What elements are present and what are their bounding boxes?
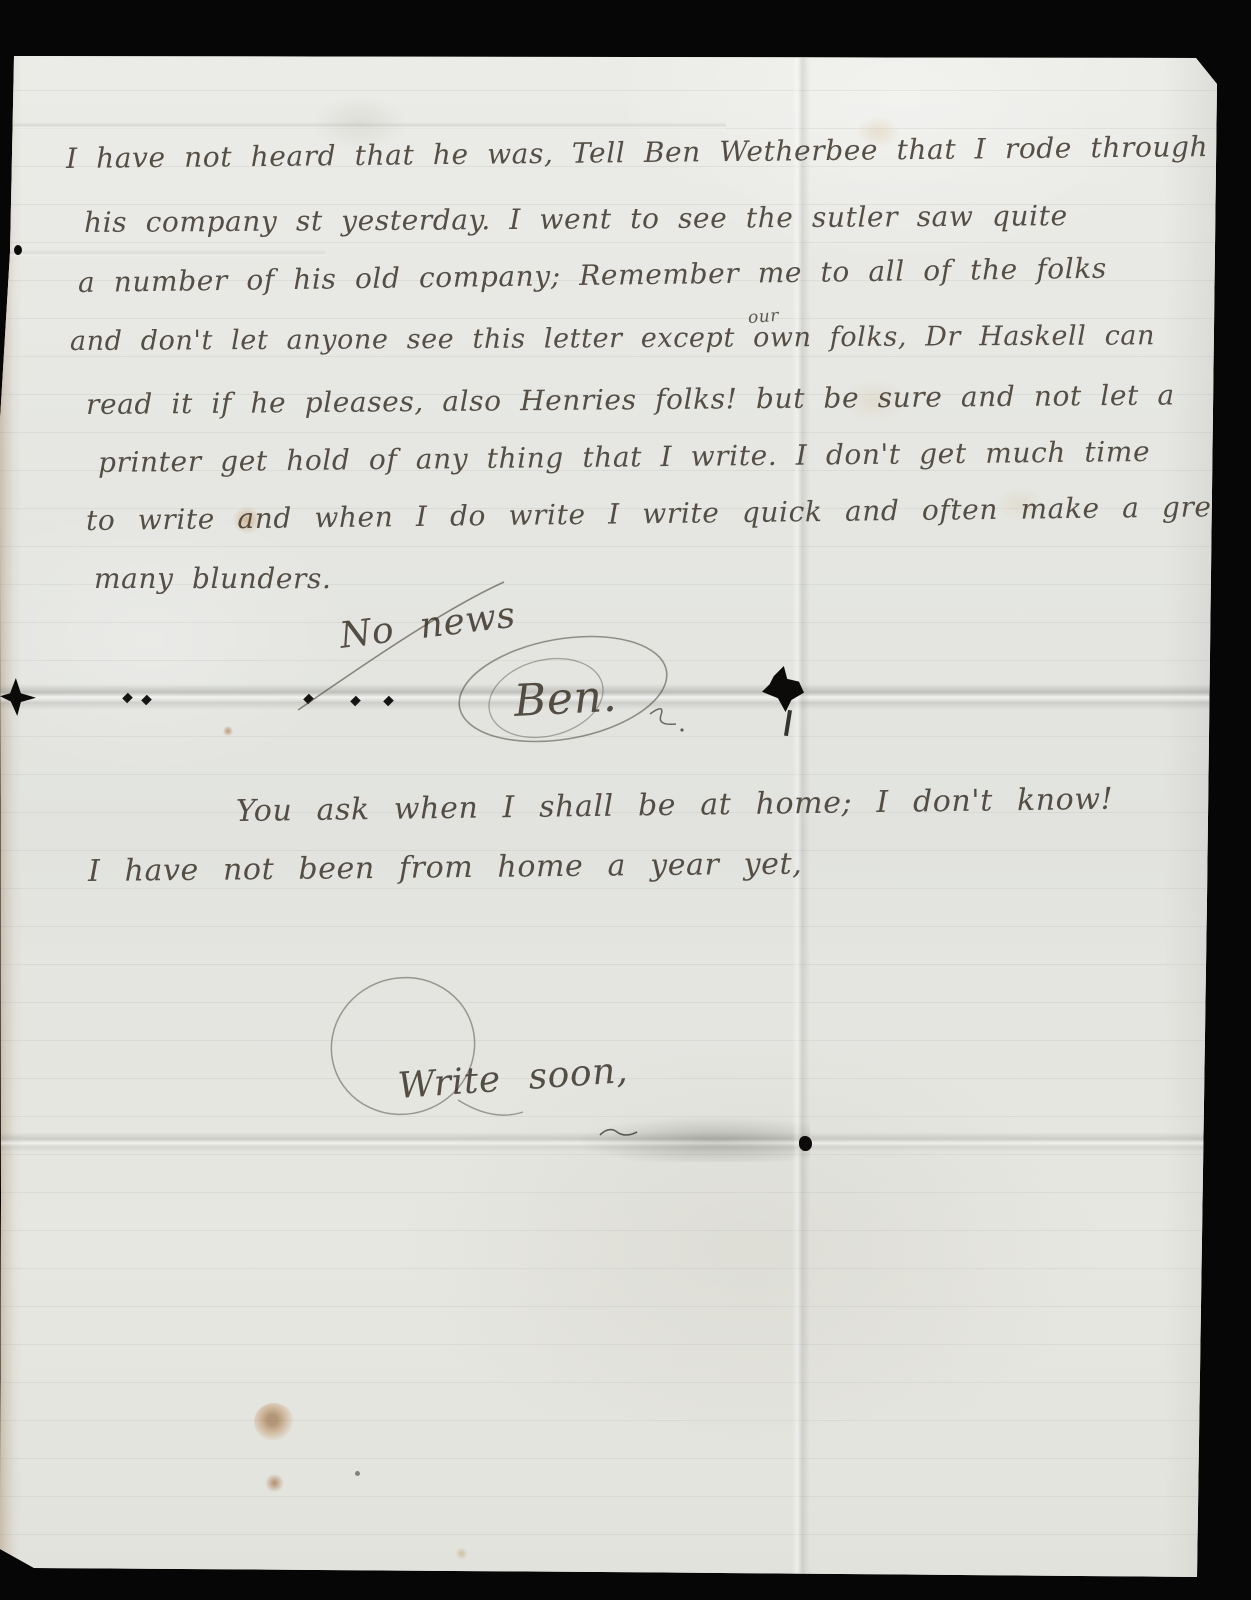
postscript-line-2: I have not been from home a year yet, <box>88 847 803 889</box>
scanned-letter: I have not heard that he was, Tell Ben W… <box>0 0 1251 1600</box>
paper-hole <box>14 245 22 255</box>
interline-insertion: our <box>747 306 779 328</box>
paper-hole <box>799 1136 812 1151</box>
ink-mark <box>598 1120 652 1146</box>
ink-mark <box>646 706 690 738</box>
handwriting-line-8: many blunders. <box>94 562 332 595</box>
handwriting-line-2: his company st yesterday. I went to see … <box>84 199 1068 239</box>
farewell-flourish <box>318 972 528 1132</box>
signature: Ben. <box>513 671 619 727</box>
handwriting-line-4: and don't let anyone see this letter exc… <box>70 320 1155 357</box>
ruled-lines <box>0 90 1251 1570</box>
letter-page: I have not heard that he was, Tell Ben W… <box>0 0 1251 1600</box>
